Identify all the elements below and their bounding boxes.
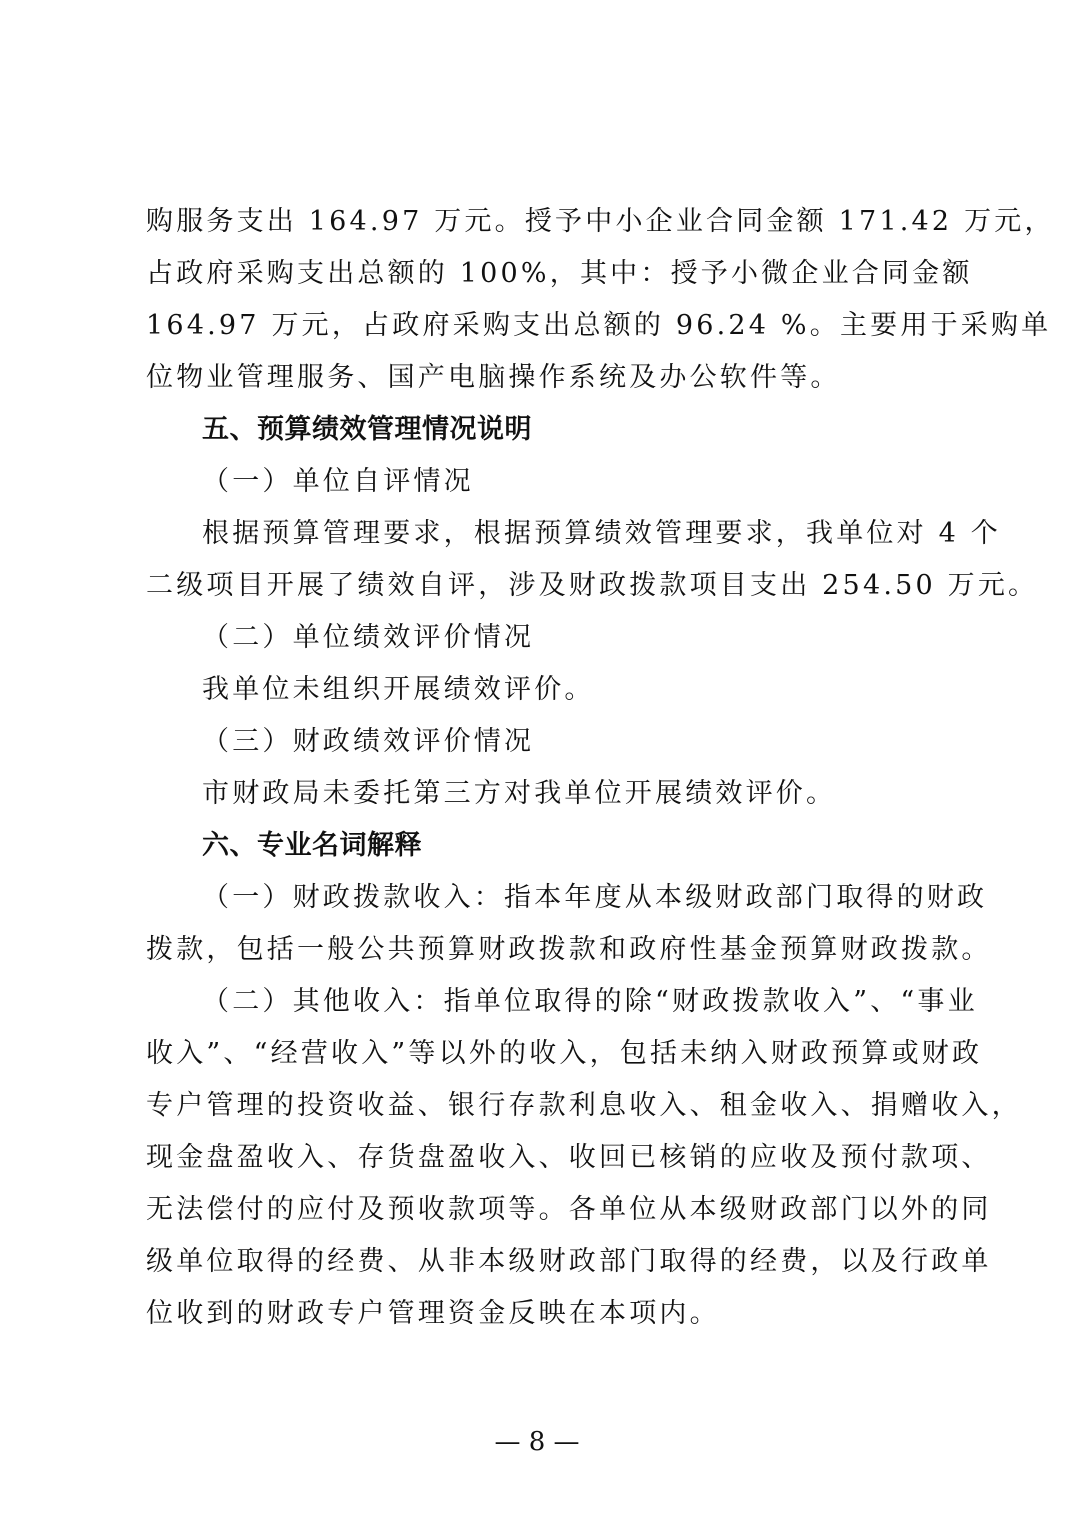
body-line: 拨款，包括一般公共预算财政拨款和政府性基金预算财政拨款。 [146,933,940,967]
body-line: 我单位未组织开展绩效评价。 [202,673,940,707]
body-line: 级单位取得的经费、从非本级财政部门取得的经费，以及行政单 [146,1245,940,1279]
subsection-heading: （二）单位绩效评价情况 [202,621,940,655]
body-line: 根据预算管理要求，根据预算绩效管理要求，我单位对 4 个 [202,517,940,551]
subsection-heading: （三）财政绩效评价情况 [202,725,940,759]
body-line: 占政府采购支出总额的 100%，其中：授予小微企业合同金额 [146,257,940,291]
body-line: 收入”、“经营收入”等以外的收入，包括未纳入财政预算或财政 [146,1037,940,1071]
body-line: 164.97 万元，占政府采购支出总额的 96.24 %。主要用于采购单 [146,309,940,343]
subsection-heading: （一）单位自评情况 [202,465,940,499]
body-line: （一）财政拨款收入：指本年度从本级财政部门取得的财政 [202,881,940,915]
body-line: 购服务支出 164.97 万元。授予中小企业合同金额 171.42 万元， [146,205,940,239]
section-heading: 五、预算绩效管理情况说明 [202,413,940,447]
section-heading: 六、专业名词解释 [202,829,940,863]
page-number: — 8 — [0,1427,1074,1457]
body-line: （二）其他收入：指单位取得的除“财政拨款收入”、“事业 [202,985,940,1019]
body-line: 市财政局未委托第三方对我单位开展绩效评价。 [202,777,940,811]
body-line: 位物业管理服务、国产电脑操作系统及办公软件等。 [146,361,940,395]
body-line: 无法偿付的应付及预收款项等。各单位从本级财政部门以外的同 [146,1193,940,1227]
body-line: 二级项目开展了绩效自评，涉及财政拨款项目支出 254.50 万元。 [146,569,940,603]
body-line: 现金盘盈收入、存货盘盈收入、收回已核销的应收及预付款项、 [146,1141,940,1175]
body-line: 位收到的财政专户管理资金反映在本项内。 [146,1297,940,1331]
body-line: 专户管理的投资收益、银行存款利息收入、租金收入、捐赠收入， [146,1089,940,1123]
document-page: 购服务支出 164.97 万元。授予中小企业合同金额 171.42 万元， 占政… [0,0,1074,1520]
